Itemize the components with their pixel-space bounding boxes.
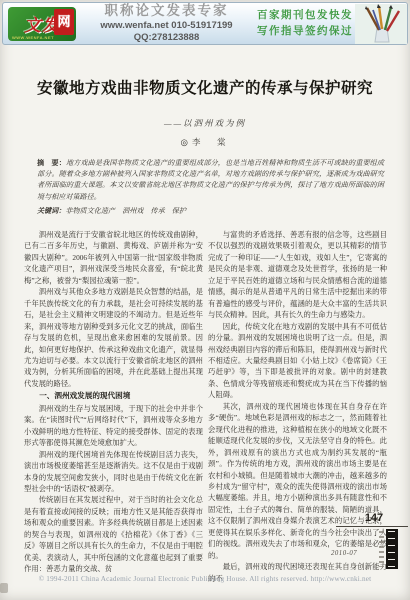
banner-contact: www.wenfa.net 010-51917199 QQ:278123888 bbox=[80, 20, 253, 44]
wenfa-logo: 文发 WWW.WENFA.NET 网 bbox=[8, 7, 76, 41]
left-column: 泗州戏是流行于安徽省皖北地区的传统戏曲剧种，已有二百多年历史，与徽剧、黄梅戏、庐… bbox=[24, 229, 203, 575]
scan-edge-smudge bbox=[0, 583, 8, 593]
right-column: 与富贵的矛盾选择、善恶有报的信念等，这些剧目不仅以强烈的戏剧效果吸引着观众，更以… bbox=[208, 229, 387, 584]
paragraph: 传统剧目在其发展过程中，对于当时的社会文化总是有着直接或间接的反映；而地方性又是… bbox=[24, 494, 203, 574]
keywords-block: 关键词：非物质文化遗产 泗州戏 传承 保护 bbox=[37, 206, 384, 216]
wenfa-net-icon: 网 bbox=[54, 9, 74, 35]
banner-center: 职称论文发表专家 www.wenfa.net 010-51917199 QQ:2… bbox=[80, 3, 253, 44]
journal-stamp-side-text bbox=[379, 531, 384, 567]
paragraph: 因此，传统文化在地方戏剧的发展中具有不可低估的分量。泗州戏的发展困境也说明了这一… bbox=[208, 321, 387, 401]
issue-date: 2010-07 bbox=[331, 550, 357, 557]
page-number: 147 bbox=[357, 512, 391, 524]
paragraph: 其次，泗州戏的现代困境也体现在其自身存在许多“硬伤”。地域色彩是泗州戏的标志之一… bbox=[208, 401, 387, 561]
copyright-footer: © 1994-2011 China Academic Journal Elect… bbox=[0, 575, 410, 583]
paragraph: 泗州戏是流行于安徽省皖北地区的传统戏曲剧种，已有二百多年历史，与徽剧、黄梅戏、庐… bbox=[24, 229, 203, 286]
abstract-block: 摘 要：地方戏曲是我国非物质文化遗产的重要组成部分，也是当地百姓精神和物质生活不… bbox=[37, 158, 384, 203]
banner-promo-line1: 百家期刊包发快发 bbox=[257, 8, 353, 24]
paper-subtitle: ——以泗州戏为例 bbox=[0, 117, 410, 129]
abstract-text: 地方戏曲是我国非物质文化遗产的重要组成部分，也是当地百姓精神和物质生活不可或缺的… bbox=[37, 159, 384, 201]
paragraph: 与富贵的矛盾选择、善恶有报的信念等，这些剧目不仅以强烈的戏剧效果吸引着观众，更以… bbox=[208, 229, 387, 321]
ad-banner[interactable]: 文发 WWW.WENFA.NET 网 职称论文发表专家 www.wenfa.ne… bbox=[2, 2, 408, 45]
scanned-paper-page: 文发 WWW.WENFA.NET 网 职称论文发表专家 www.wenfa.ne… bbox=[0, 0, 410, 600]
keywords-label: 关键词： bbox=[37, 207, 65, 215]
paragraph: 泗州戏的现代困境首先体现在传统剧目活力丧失，演出市场极度萎缩甚至是逐渐消失。这不… bbox=[24, 449, 203, 495]
paper-author: ◎李 棠 bbox=[0, 136, 410, 148]
pens-image bbox=[355, 4, 407, 44]
abstract-label: 摘 要： bbox=[37, 159, 66, 167]
banner-promo: 百家期刊包发快发 写作指导签约保过 bbox=[257, 8, 353, 40]
paragraph: 泗州戏与其他众多地方戏剧是民众智慧的结晶，是千年民族传统文化的有力承载，是社会可… bbox=[24, 286, 203, 389]
wenfa-logo-url: WWW.WENFA.NET bbox=[12, 35, 54, 40]
banner-promo-line2: 写作指导签约保过 bbox=[257, 24, 353, 40]
page-number-rule bbox=[336, 526, 408, 527]
section-heading-1: 一、泗州戏发展的现代困境 bbox=[24, 390, 203, 401]
journal-stamp bbox=[386, 529, 398, 569]
paper-title: 安徽地方戏曲非物质文化遗产的传承与保护研究 bbox=[0, 76, 410, 98]
banner-headline: 职称论文发表专家 bbox=[80, 3, 253, 20]
keywords-text: 非物质文化遗产 泗州戏 传承 保护 bbox=[65, 207, 186, 215]
paragraph: 泗州戏的生存与发展困境，于现下的社会中并非个案。在“读图时代”“后网络时代”下，… bbox=[24, 403, 203, 449]
